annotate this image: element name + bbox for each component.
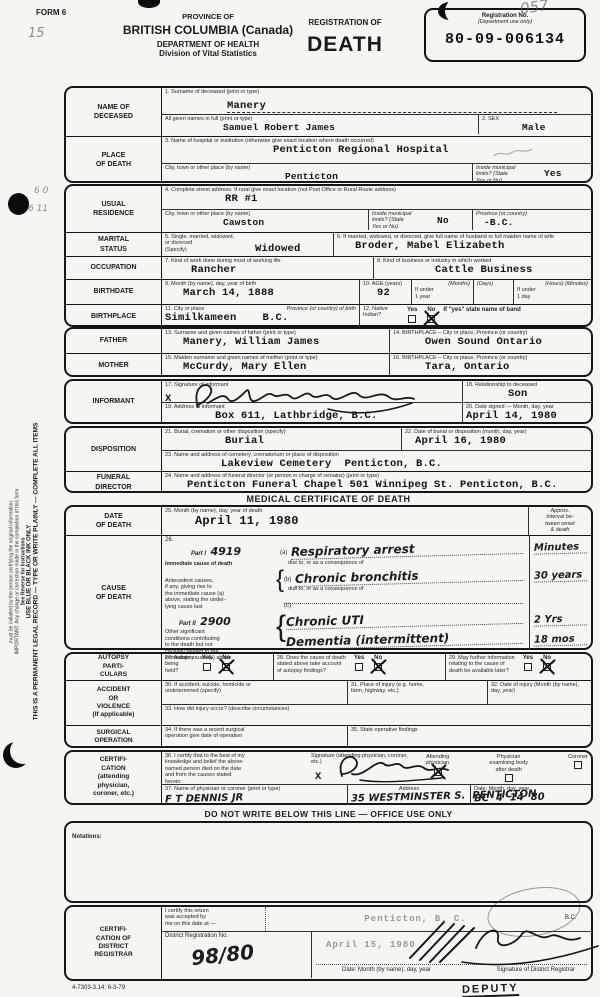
band-label: If "yes" state name of band xyxy=(443,307,520,314)
side-label-surgical: SURGICAL OPERATION xyxy=(66,726,162,748)
birthplace-province-label: Province (or country) of birth xyxy=(287,306,356,312)
side-label-father: FATHER xyxy=(66,329,162,353)
section-disposition: DISPOSITION 21. Burial, cremation or oth… xyxy=(66,428,591,471)
side-label-occupation: OCCUPATION xyxy=(66,257,162,279)
native-yes-label: Yes xyxy=(407,307,417,314)
q29-yes-label: Yes xyxy=(523,655,533,662)
section-funeral-director: FUNERAL DIRECTOR 24. Name and address of… xyxy=(66,471,591,493)
native-no-checkbox xyxy=(427,315,435,323)
section-occupation: OCCUPATION 7. Kind of work done during m… xyxy=(66,256,591,279)
side-label-birthdate: BIRTHDATE xyxy=(66,280,162,304)
interval-d: 2 Yrs xyxy=(534,613,587,626)
side-label-autopsy: AUTOPSY PARTI- CULARS xyxy=(66,654,162,680)
faint-scribble xyxy=(492,147,534,159)
examining-checkbox xyxy=(505,774,513,782)
age-value: 92 xyxy=(377,287,408,299)
physician-date-value: BC 4 14 80 xyxy=(474,791,588,805)
q27-yes-checkbox xyxy=(203,663,211,671)
section-marital-status: MARITAL STATUS 5. Single, married, widow… xyxy=(66,232,591,256)
accepted-label: I certify this return was accepted by me… xyxy=(165,908,262,927)
registration-no-value: 80-09-006134 xyxy=(426,31,584,48)
side-label-cause-of-death: CAUSE OF DEATH xyxy=(66,536,162,650)
surname-value: Manery xyxy=(227,100,557,113)
industry-value: Cattle Business xyxy=(435,264,588,276)
side-label-birthplace: BIRTHPLACE xyxy=(66,305,162,329)
marital-value: Widowed xyxy=(255,243,301,255)
do-not-write-line: DO NOT WRITE BELOW THIS LINE — OFFICE US… xyxy=(64,809,593,819)
group-notations: Notations: xyxy=(64,821,593,903)
section-certification: CERTIFI- CATION (attending physician, co… xyxy=(66,752,591,803)
side-label-place-of-death: PLACE OF DEATH xyxy=(66,137,162,183)
side-label-usual-residence: USUAL RESIDENCE xyxy=(66,186,162,232)
group-parents: FATHER 13. Surname and given names of fa… xyxy=(64,327,593,377)
group-medical-cause: DATE OF DEATH 25. Month (by name), day, … xyxy=(64,505,593,650)
given-names-value: Samuel Robert James xyxy=(223,122,475,133)
q32-label: 32. Date of injury (Month (by name), day… xyxy=(491,682,588,695)
section-birthplace: BIRTHPLACE 11. City or place Province (o… xyxy=(66,304,591,329)
physician-name-value: F T DENNIS JR xyxy=(165,790,344,806)
death-registration-form: FORM 6 15 PROVINCE OF BRITISH COLUMBIA (… xyxy=(0,0,600,997)
q28-yes-label: Yes xyxy=(354,655,364,662)
cause-a-prefix: (a) xyxy=(280,550,287,557)
date-of-death-value: April 11, 1980 xyxy=(195,514,525,528)
side-label-disposition: DISPOSITION xyxy=(66,428,162,471)
section-accident-violence: ACCIDENT OR VIOLENCE (If applicable) 30.… xyxy=(66,680,591,725)
coroner-label: Coroner xyxy=(568,754,588,760)
q36-label: 36. I certify that to the best of my kno… xyxy=(165,753,305,785)
physician-signature-x: X xyxy=(315,771,322,783)
side-label-date-of-death: DATE OF DEATH xyxy=(66,507,162,535)
pencil-mark-top-left: 15 xyxy=(28,26,45,41)
section-usual-residence: USUAL RESIDENCE 4. Complete street addre… xyxy=(66,186,591,232)
death-limits-label: Inside municipal limits? (State Yes or N… xyxy=(476,165,540,181)
section-name-of-deceased: NAME OF DECEASED 1. Surname of deceased … xyxy=(66,88,591,136)
q27-yes-label: Yes xyxy=(202,655,212,662)
registrar-signature xyxy=(402,914,600,974)
province-name: BRITISH COLUMBIA (Canada) xyxy=(118,23,298,37)
residence-address-value: RR #1 xyxy=(225,193,588,205)
margin-instructions: must be initialled by the person certify… xyxy=(9,312,40,832)
q29-no-checkbox xyxy=(543,663,551,671)
disposition-value: Burial xyxy=(225,435,398,447)
native-yes-checkbox xyxy=(408,315,416,323)
informant-address-value: Box 611, Lathbridge, B.C. xyxy=(215,410,459,422)
margin-permanent-record: THIS IS A PERMANENT LEGAL RECORD — TYPE … xyxy=(33,312,40,832)
date-signed-value: April 14, 1980 xyxy=(466,410,588,422)
cause-e-value: Dementia (intermittent) xyxy=(286,629,523,650)
brace-part1: { xyxy=(276,566,284,594)
part2-code: 2900 xyxy=(200,615,231,628)
side-label-district-registrar: CERTIFI- CATION OF DISTRICT REGISTRAR xyxy=(66,907,162,979)
scan-artifact-blob xyxy=(138,0,160,8)
pencil-margin-mark-2: 6 11 xyxy=(28,204,48,214)
registration-number-box: Registration No. (Department use only) 8… xyxy=(424,8,586,62)
marital-label: 5. Single, married, widowed, or divorced… xyxy=(165,234,251,255)
pencil-margin-mark-1: 6 0 xyxy=(34,186,48,196)
hospital-value: Penticton Regional Hospital xyxy=(273,144,588,156)
notations-label: Notations: xyxy=(72,834,102,840)
interval-b: 30 years xyxy=(534,569,587,582)
physician-address-value: 35 WESTMINSTER S. PENTICTON xyxy=(351,791,467,805)
section-informant: INFORMANT 17. Signature of informant X 1… xyxy=(66,381,591,422)
registration-of-block: REGISTRATION OF DEATH xyxy=(290,18,400,57)
q29-label: 29. May further information relating to … xyxy=(449,655,515,679)
cause-line-c: (c) xyxy=(284,594,523,604)
registration-of-label: REGISTRATION OF xyxy=(290,18,400,27)
side-label-informant: INFORMANT xyxy=(66,381,162,422)
group-certification: CERTIFI- CATION (attending physician, co… xyxy=(64,750,593,805)
disposition-date-value: April 16, 1980 xyxy=(415,435,588,447)
q30-label: 30. If accident, suicide, homicide or un… xyxy=(165,682,344,695)
birthdate-value: March 14, 1888 xyxy=(183,287,356,299)
immediate-cause-label: Immediate cause of death xyxy=(165,561,271,567)
q29-yes-checkbox xyxy=(524,663,532,671)
side-label-accident: ACCIDENT OR VIOLENCE (If applicable) xyxy=(66,681,162,725)
section-place-of-death: PLACE OF DEATH 3. Name of hospital or in… xyxy=(66,136,591,183)
residence-limits-value: No xyxy=(437,215,449,226)
cause-c-prefix: (c) xyxy=(284,603,291,609)
group-disposition: DISPOSITION 21. Burial, cremation or oth… xyxy=(64,426,593,493)
cause-b-prefix: (b) xyxy=(284,577,291,584)
side-label-marital-status: MARITAL STATUS xyxy=(66,233,162,256)
part1-label: Part I xyxy=(191,551,206,557)
q28-no-checkbox xyxy=(374,663,382,671)
work-value: Rancher xyxy=(191,264,370,276)
native-indian-label: 12. Native Indian? xyxy=(363,306,399,319)
age-under-year-label: If under 1 year xyxy=(415,287,470,300)
father-birthplace-value: Owen Sound Ontario xyxy=(425,336,588,348)
side-label-funeral-director: FUNERAL DIRECTOR xyxy=(66,472,162,493)
q28-yes-checkbox xyxy=(355,663,363,671)
relationship-value: Son xyxy=(508,388,588,400)
mother-name-value: McCurdy, Mary Ellen xyxy=(183,361,386,373)
q34-label: 34. If there was a recent surgical opera… xyxy=(165,727,344,740)
q27-label: 27. Autopsy being held? xyxy=(165,655,194,679)
age-days-label: (Days) xyxy=(477,281,510,287)
division-label: Division of Vital Statistics xyxy=(118,49,298,58)
surname-label: 1. Surname of deceased (print or type) xyxy=(165,89,588,95)
group-informant: INFORMANT 17. Signature of informant X 1… xyxy=(64,379,593,424)
brace-part2: { xyxy=(276,610,286,644)
province-of-label: PROVINCE OF xyxy=(118,12,298,21)
group-residence-birth: USUAL RESIDENCE 4. Complete street addre… xyxy=(64,184,593,327)
side-label-name-of-deceased: NAME OF DECEASED xyxy=(66,88,162,136)
section-district-registrar: CERTIFI- CATION OF DISTRICT REGISTRAR I … xyxy=(66,907,591,979)
interval-header: Approx. interval be- tween onset & death xyxy=(531,508,589,534)
father-name-value: Manery, William James xyxy=(183,336,386,348)
section-date-of-death: DATE OF DEATH 25. Month (by name), day, … xyxy=(66,507,591,535)
section-mother: MOTHER 15. Maiden surname and given name… xyxy=(66,353,591,377)
cause-d-value: Chronic UTI xyxy=(286,609,523,630)
birthplace-province-value: B.C. xyxy=(263,312,289,324)
group-name-place: NAME OF DECEASED 1. Surname of deceased … xyxy=(64,86,593,183)
coroner-checkbox xyxy=(574,761,582,769)
cause-line-e: Dementia (intermittent) xyxy=(286,632,523,647)
cause-line-a: (a) Respiratory arrest xyxy=(280,542,523,557)
residence-limits-label: Inside municipal limits? (State Yes or N… xyxy=(372,211,434,229)
residence-city-value: Cawston xyxy=(223,217,365,228)
side-label-mother: MOTHER xyxy=(66,354,162,377)
registration-no-sublabel: (Department use only) xyxy=(426,19,584,25)
death-limits-value: Yes xyxy=(544,168,562,179)
issuer-block: PROVINCE OF BRITISH COLUMBIA (Canada) DE… xyxy=(118,12,298,58)
spouse-value: Broder, Mabel Elizabeth xyxy=(355,240,588,252)
group-autopsy-accident: AUTOPSY PARTI- CULARS 27. Autopsy being … xyxy=(64,652,593,748)
section-autopsy: AUTOPSY PARTI- CULARS 27. Autopsy being … xyxy=(66,654,591,680)
residence-province-value: -B.C. xyxy=(484,217,588,228)
attending-checkbox xyxy=(434,768,442,776)
q28-label: 28. Does the cause of death stated above… xyxy=(277,655,346,679)
birthplace-city-value: Similkameen xyxy=(165,312,237,324)
department-label: DEPARTMENT OF HEALTH xyxy=(118,40,298,49)
q33-label: 33. How did injury occur? (describe circ… xyxy=(165,706,588,712)
part1-code: 4919 xyxy=(210,545,241,558)
due-to-1: due to, or as a consequence of xyxy=(288,560,364,566)
section-birthdate: BIRTHDATE 9. Month (by name), day, year … xyxy=(66,279,591,304)
medical-certificate-title: MEDICAL CERTIFICATE OF DEATH xyxy=(64,494,593,504)
section-surgical-operation: SURGICAL OPERATION 34. If there was a re… xyxy=(66,725,591,748)
sex-value: Male xyxy=(522,122,588,133)
examining-label: Physician examining body after death xyxy=(489,754,528,773)
death-title: DEATH xyxy=(290,33,400,57)
deputy-stamp: DEPUTY xyxy=(462,982,519,997)
section-cause-of-death: CAUSE OF DEATH 26. Part I 4919 Immediate… xyxy=(66,535,591,650)
mother-birthplace-value: Tara, Ontario xyxy=(425,361,588,373)
interval-e: 18 mos xyxy=(534,633,587,646)
interval-a: Minutes xyxy=(534,541,587,554)
cause-a-value: Respiratory arrest xyxy=(291,539,523,560)
age-under-day-label: If under 1 day xyxy=(517,287,588,300)
part2-label: Part II xyxy=(179,621,196,627)
q31-label: 31. Place of injury (e.g. home, farm, hi… xyxy=(351,682,484,695)
cause-b-value: Chronic bronchitis xyxy=(295,566,523,587)
cause-line-b: (b) Chronic bronchitis xyxy=(284,569,523,584)
side-label-certification: CERTIFI- CATION (attending physician, co… xyxy=(66,752,162,803)
funeral-director-value: Penticton Funeral Chapel 501 Winnipeg St… xyxy=(187,479,588,491)
death-city-value: Penticton xyxy=(285,171,469,182)
group-district-registrar: CERTIFI- CATION OF DISTRICT REGISTRAR I … xyxy=(64,905,593,981)
form-number: FORM 6 xyxy=(36,8,66,17)
q35-label: 35. State operative findings xyxy=(351,727,588,733)
section-father: FATHER 13. Surname and given names of fa… xyxy=(66,329,591,353)
antecedent-label: Antecedent causes, if any, giving rise t… xyxy=(165,578,271,610)
form-code: 4-7303-3.14: 6-3-79 xyxy=(72,985,125,992)
q27-no-checkbox xyxy=(222,663,230,671)
cemetery-value: Lakeview Cemetery Penticton, B.C. xyxy=(221,458,588,470)
due-to-2: due to, or as a consequence of xyxy=(288,586,364,592)
cause-line-d: Chronic UTI xyxy=(286,612,523,627)
hole-punch xyxy=(8,193,29,215)
